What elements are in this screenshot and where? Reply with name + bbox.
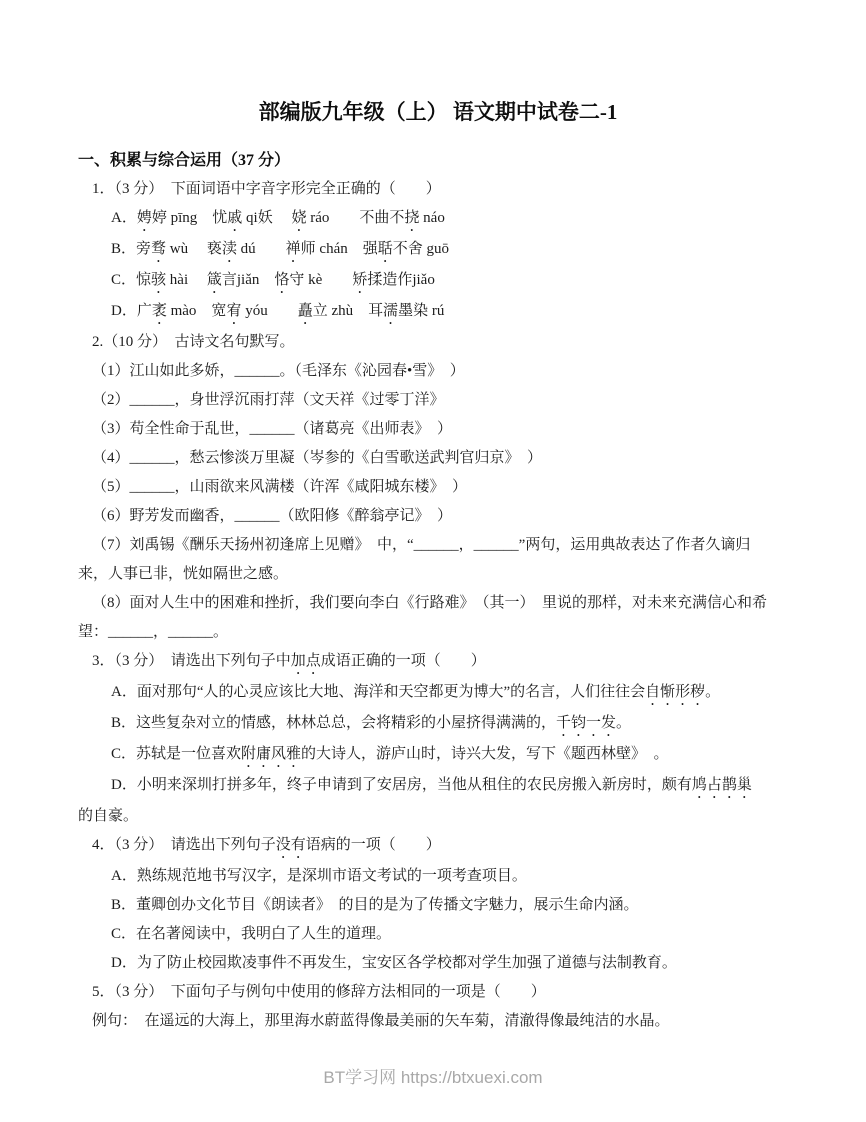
emphasized-text: 娆	[291, 210, 306, 226]
text-segment: ráo 不曲不	[306, 210, 404, 226]
text-segment: hài	[166, 272, 207, 288]
emphasized-text: 矫	[352, 272, 367, 288]
text-segment: 揉造作jiǎo	[367, 272, 435, 288]
q2-line-2: （2）______，身世浮沉雨打萍（文天祥《过零丁洋》	[78, 386, 798, 415]
text-segment: qi妖	[242, 210, 291, 226]
emphasized-text: 濡	[383, 303, 398, 319]
q2-line-7: （7）刘禹锡《酬乐天扬州初逢席上见赠》 中，“______，______”两句，…	[78, 531, 798, 589]
q1-option-c: C．惊骇 hài 箴言jiǎn 恪守 kè 矫揉造作jiǎo	[78, 266, 798, 297]
text-segment: 言jiǎn	[222, 272, 275, 288]
emphasized-text: 恪	[274, 272, 289, 288]
text-segment: C．苏轼是一位喜欢	[111, 746, 241, 762]
q3-option-a: A．面对那句“人的心灵应该比大地、海洋和天空都更为博大”的名言，人们往往会自惭形…	[78, 678, 798, 709]
text-segment: 4．（3 分） 请选出下列句子	[92, 837, 276, 853]
q4-stem: 4．（3 分） 请选出下列句子没有语病的一项（ ）	[78, 831, 798, 862]
text-segment: 不舍 guō	[393, 241, 449, 257]
q4-option-c: C．在名著阅读中，我明白了人生的道理。	[78, 920, 798, 949]
q1-option-d: D．广袤 mào 宽宥 yóu 矗立 zhù 耳濡墨染 rú	[78, 297, 798, 328]
emphasized-text: 没有	[276, 837, 306, 853]
emphasized-text: 骛	[151, 241, 166, 257]
text-segment: C．惊	[111, 272, 151, 288]
emphasized-text: 渎	[222, 241, 237, 257]
q3-option-b: B．这些复杂对立的情感，林林总总，会将精彩的小屋挤得满满的，千钧一发。	[78, 709, 798, 740]
text-segment: 语病的一项（ ）	[306, 837, 441, 853]
q2-stem: 2.（10 分） 古诗文名句默写。	[78, 328, 798, 357]
emphasized-text: 娉	[137, 210, 152, 226]
text-segment: 的大诗人，游庐山时，诗兴大发，写下《题西林壁》 。	[301, 746, 669, 762]
emphasized-text: 附庸风雅	[241, 746, 301, 762]
text-segment: 。	[616, 715, 631, 731]
q5-example-sentence: 例句： 在遥远的大海上，那里海水蔚蓝得像最美丽的矢车菊，清澈得像最纯洁的水晶。	[78, 1007, 798, 1036]
emphasized-text: 矗	[298, 303, 313, 319]
text-segment: 3．（3 分） 请选出下列句子中	[92, 653, 291, 669]
emphasized-text: 宥	[226, 303, 241, 319]
text-segment: 的自豪。	[78, 808, 138, 824]
q5-stem: 5．（3 分） 下面句子与例句中使用的修辞方法相同的一项是（ ）	[78, 978, 798, 1007]
q2-line-1: （1）江山如此多娇，______。（毛泽东《沁园春•雪》 ）	[78, 357, 798, 386]
text-segment: A．面对那句“人的心灵应该比大地、海洋和天空都更为博大”的名言，人们往往会	[111, 684, 645, 700]
emphasized-text: 加点	[291, 653, 321, 669]
text-segment: 。	[705, 684, 720, 700]
text-segment: 成语正确的一项（ ）	[321, 653, 486, 669]
q3-stem: 3．（3 分） 请选出下列句子中加点成语正确的一项（ ）	[78, 647, 798, 678]
exam-page: 部编版九年级（上） 语文期中试卷二-1 一、积累与综合运用（37 分） 1．（3…	[0, 0, 866, 1122]
q2-line-8: （8）面对人生中的困难和挫折，我们要向李白《行路难》 （其一） 里说的那样，对未…	[78, 589, 798, 647]
text-segment: B．旁	[111, 241, 151, 257]
footer-watermark: BT学习网 https://btxuexi.com	[0, 1063, 866, 1088]
emphasized-text: 骇	[151, 272, 166, 288]
emphasized-text: 千钧一发	[556, 715, 616, 731]
q2-line-4: （4）______，愁云惨淡万里凝（岑参的《白雪歌送武判官归京》 ）	[78, 444, 798, 473]
emphasized-text: 禅	[286, 241, 301, 257]
q2-line-5: （5）______，山雨欲来风满楼（许浑《咸阳城东楼》 ）	[78, 473, 798, 502]
text-segment: 婷 pīng 忧	[152, 210, 227, 226]
text-segment: 墨染 rú	[398, 303, 444, 319]
text-segment: mào 宽	[167, 303, 227, 319]
emphasized-text: 箴	[207, 272, 222, 288]
emphasized-text: 戚	[227, 210, 242, 226]
text-segment: D．广	[111, 303, 152, 319]
text-segment: 师 chán 强	[301, 241, 378, 257]
emphasized-text: 袤	[152, 303, 167, 319]
q1-option-b: B．旁骛 wù 亵渎 dú 禅师 chán 强聒不舍 guō	[78, 235, 798, 266]
q4-option-d: D．为了防止校园欺凌事件不再发生，宝安区各学校都对学生加强了道德与法制教育。	[78, 949, 798, 978]
q3-option-c: C．苏轼是一位喜欢附庸风雅的大诗人，游庐山时，诗兴大发，写下《题西林壁》 。	[78, 740, 798, 771]
text-segment: B．这些复杂对立的情感，林林总总，会将精彩的小屋挤得满满的，	[111, 715, 556, 731]
emphasized-text: 挠	[404, 210, 419, 226]
q1-stem: 1．（3 分） 下面词语中字音字形完全正确的（ ）	[78, 175, 798, 204]
emphasized-text: 鸠占鹊巢	[692, 777, 752, 793]
q1-option-a: A．娉婷 pīng 忧戚 qi妖 娆 ráo 不曲不挠 náo	[78, 204, 798, 235]
text-segment: náo	[419, 210, 444, 226]
text-segment: D．小明来深圳打拼多年，终子申请到了安居房，当他从租住的农民房搬入新房时，颇有	[111, 777, 692, 793]
q4-option-b: B．董卿创办文化节目《朗读者》 的目的是为了传播文字魅力，展示生命内涵。	[78, 891, 798, 920]
text-segment: A．	[111, 210, 137, 226]
emphasized-text: 聒	[378, 241, 393, 257]
text-segment: yóu	[241, 303, 297, 319]
emphasized-text: 自惭形秽	[645, 684, 705, 700]
section-heading: 一、积累与综合运用（37 分）	[78, 146, 798, 175]
text-segment: 立 zhù 耳	[313, 303, 383, 319]
text-segment: 守 kè	[289, 272, 352, 288]
text-segment: wù 亵	[166, 241, 222, 257]
q2-line-3: （3）苟全性命于乱世，______（诸葛亮《出师表》 ）	[78, 415, 798, 444]
q2-line-6: （6）野芳发而幽香，______（欧阳修《醉翁亭记》 ）	[78, 502, 798, 531]
q3-option-d: D．小明来深圳打拼多年，终子申请到了安居房，当他从租住的农民房搬入新房时，颇有鸠…	[78, 771, 798, 831]
q4-option-a: A．熟练规范地书写汉字，是深圳市语文考试的一项考查项目。	[78, 862, 798, 891]
text-segment: dú	[237, 241, 286, 257]
exam-content: 部编版九年级（上） 语文期中试卷二-1 一、积累与综合运用（37 分） 1．（3…	[78, 96, 798, 1036]
page-title: 部编版九年级（上） 语文期中试卷二-1	[78, 96, 798, 128]
